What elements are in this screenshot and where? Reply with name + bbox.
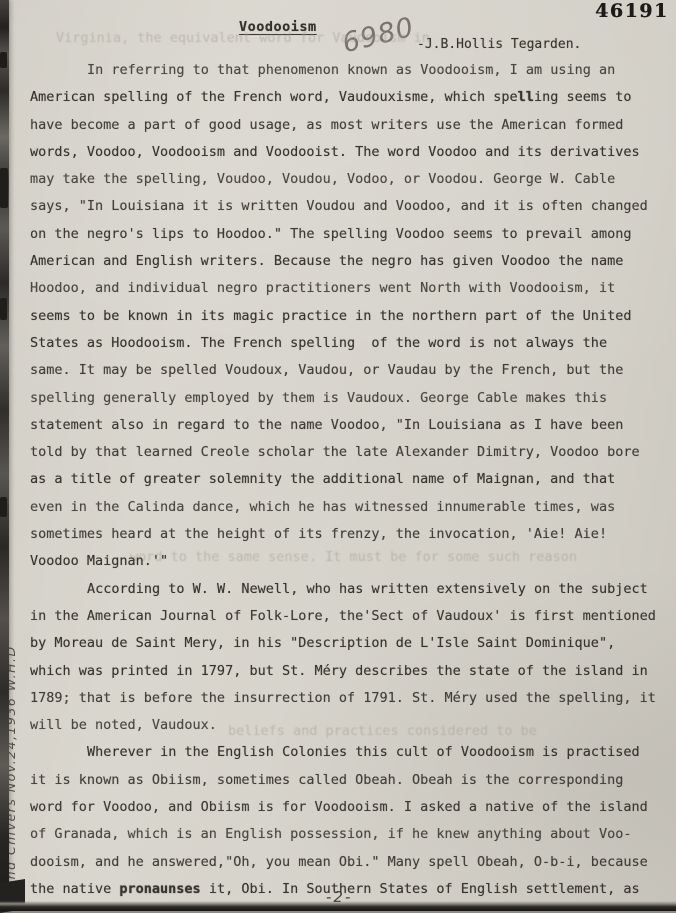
typescript-body: In referring to that phenomenon known as… [30,57,658,903]
binding-mark [0,168,8,208]
binding-mark [0,497,7,517]
text-line: told by that learned Creole scholar the … [30,439,658,466]
scan-edge-bottom [0,901,676,911]
text-line: Hoodoo, and individual negro practitione… [30,275,658,302]
text-line: even in the Calinda dance, which he has … [30,494,658,521]
text-line: which was printed in 1797, but St. Méry … [30,658,658,685]
text-line: American and English writers. Because th… [30,248,658,275]
text-line: may take the spelling, Voudoo, Voudou, V… [30,166,658,193]
text-line: in the American Journal of Folk-Lore, th… [30,603,658,630]
text-line: States as Hoodooism. The French spelling… [30,330,658,357]
text-line: have become a part of good usage, as mos… [30,112,658,139]
text-line: word for Voodoo, and Obiism is for Voodo… [30,794,658,821]
text-line: on the negro's lips to Hoodoo." The spel… [30,221,658,248]
text-line: seems to be known in its magic practice … [30,303,658,330]
text-line: of Granada, which is an English possessi… [30,821,658,848]
text-line: According to W. W. Newell, who has writt… [30,576,658,603]
text-line: dooism, and he answered,"Oh, you mean Ob… [30,849,658,876]
text-line: sometimes heard at the height of its fre… [30,521,658,548]
text-line: words, Voodoo, Voodooism and Voodooist. … [30,139,658,166]
text-line: 1789; that is before the insurrection of… [30,685,658,712]
catalog-stamp-number: 46191 [595,0,669,22]
text-line: In referring to that phenomenon known as… [30,57,658,84]
text-line: Wherever in the English Colonies this cu… [30,739,658,766]
author-byline: -J.B.Hollis Tegarden. [417,37,581,52]
binding-mark [0,52,7,68]
text-line: same. It may be spelled Voudoux, Vaudou,… [30,357,658,384]
text-line: spelling generally employed by them is V… [30,385,658,412]
text-line: Voodoo Maignan.'" [30,548,658,575]
binding-mark [0,298,7,320]
text-line: will be noted, Vaudoux. [30,712,658,739]
text-line: American spelling of the French word, Va… [30,84,658,111]
text-line: by Moreau de Saint Mery, in his "Descrip… [30,630,658,657]
text-line: statement also in regard to the name Voo… [30,412,658,439]
bleed-through-text: Virginia, the equivalent word for Vaudoo… [56,30,430,46]
scanned-typescript-page: 46191 Voodooism 6980 -J.B.Hollis Tegarde… [0,0,676,911]
text-line: it is known as Obiism, sometimes called … [30,767,658,794]
text-line: says, "In Louisiana it is written Voudou… [30,193,658,220]
scan-edge-left [0,0,9,911]
text-line: as a title of greater solemnity the addi… [30,466,658,493]
